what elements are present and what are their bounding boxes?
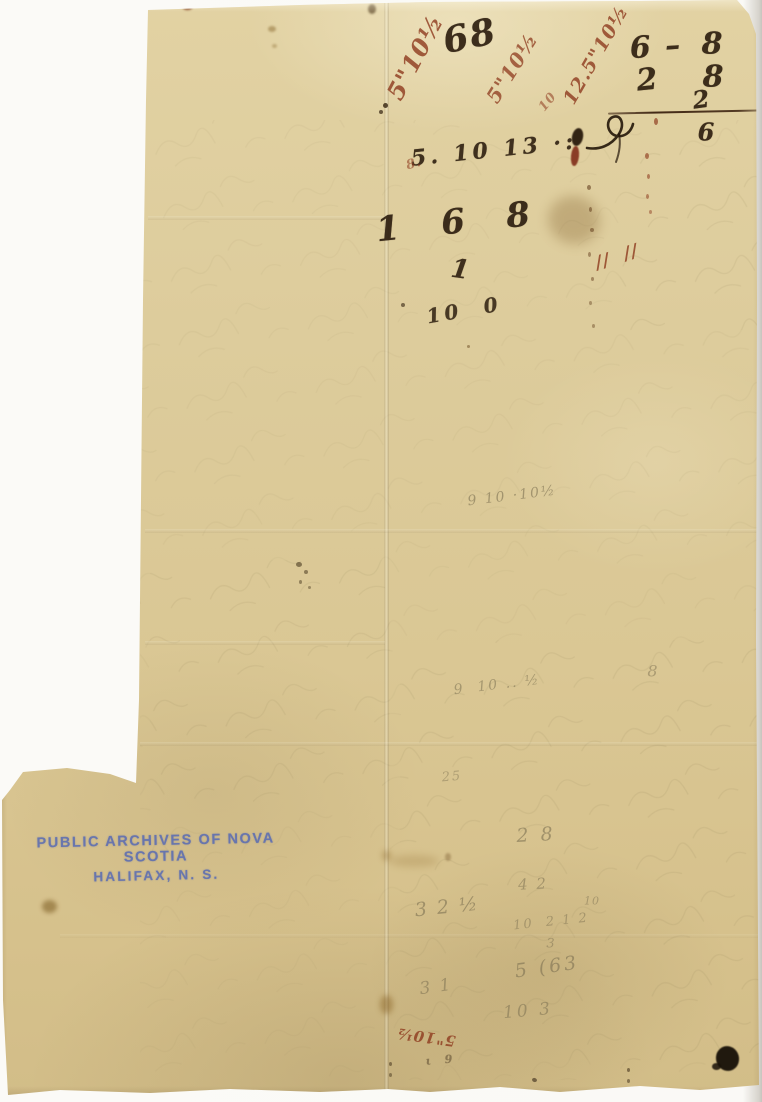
vertical-fold-crease (384, 0, 389, 1090)
ink-stain (401, 303, 405, 307)
handwritten-annotation: 5 (63 (513, 952, 580, 983)
handwritten-annotation: 5"10½ (395, 1024, 457, 1050)
ink-stain (268, 26, 276, 32)
handwritten-annotation: 10 (536, 89, 560, 114)
handwritten-annotation: 8 (647, 662, 658, 681)
ink-stain (649, 210, 652, 214)
ink-stain (589, 301, 592, 305)
ink-stain (368, 4, 376, 14)
ink-stain (588, 252, 591, 257)
ink-stain (445, 853, 451, 861)
ink-stain (182, 2, 193, 10)
handwritten-annotation: 68 (439, 10, 501, 62)
handwritten-annotation: 12.5"10½ (559, 2, 633, 109)
horizontal-fold-crease (145, 641, 385, 645)
handwritten-annotation: 10 2 1 2 (512, 911, 589, 934)
ink-stain (627, 1068, 630, 1072)
horizontal-fold-crease (140, 742, 760, 746)
ink-stain (712, 1063, 721, 1070)
archive-stamp-line2: HALIFAX, N. S. (22, 865, 290, 886)
ink-stain (570, 146, 580, 167)
horizontal-fold-crease (148, 216, 385, 220)
document-scan: 5"10½685"10½1012.5"10½6 –828265. 10 13 ·… (0, 0, 762, 1102)
ink-stain (389, 855, 439, 867)
handwritten-annotation: 9 10 .. ½ (453, 672, 541, 698)
ink-stain (308, 586, 311, 589)
handwritten-annotation: 2 8 (516, 823, 556, 847)
ink-stain (379, 110, 383, 114)
ink-stain (590, 228, 594, 232)
ink-stain (591, 277, 594, 281)
ink-stain (389, 1073, 392, 1077)
horizontal-fold-crease (145, 529, 760, 533)
handwritten-annotation: 9 10 ·10½ (467, 483, 558, 510)
ink-stain (587, 185, 591, 190)
archive-stamp: PUBLIC ARCHIVES OF NOVA SCOTIA HALIFAX, … (22, 830, 291, 886)
ink-doodle (585, 110, 665, 180)
handwritten-annotation: 10 0 (425, 292, 504, 329)
ink-stain (272, 44, 277, 48)
handwritten-annotation: 1 6 8 (374, 194, 538, 251)
archive-stamp-line1: PUBLIC ARCHIVES OF NOVA SCOTIA (22, 830, 291, 868)
handwritten-annotation: 4 2 (518, 874, 549, 894)
ink-stain (389, 1062, 392, 1066)
handwritten-annotation: 8 (702, 27, 725, 62)
handwritten-annotation: 10 3 (502, 999, 553, 1023)
horizontal-fold-crease (60, 934, 760, 938)
ink-stain (304, 570, 308, 574)
handwritten-annotation: 5. 10 13 ·: (410, 128, 579, 171)
manuscript-page: 5"10½685"10½1012.5"10½6 –828265. 10 13 ·… (0, 0, 762, 1102)
handwritten-annotation: ι 9 (425, 1052, 455, 1067)
handwritten-annotation: 25 (441, 769, 463, 786)
ink-stain (193, 1, 198, 5)
handwritten-annotation: // // (592, 240, 641, 274)
ink-stain (543, 190, 606, 250)
ink-stain (646, 194, 649, 199)
ink-stain (380, 995, 393, 1014)
ink-stain (627, 1079, 630, 1083)
ink-stain (383, 103, 388, 108)
ink-stain (531, 1077, 537, 1082)
handwritten-annotation: 3 2 ½ (414, 893, 481, 922)
ink-stain (299, 580, 302, 584)
handwritten-annotation: 1 (449, 254, 473, 287)
handwritten-annotation: 2 (635, 61, 661, 98)
handwritten-annotation: 6 (698, 118, 717, 147)
ink-stain (296, 562, 302, 567)
handwritten-annotation: 10 (584, 895, 600, 908)
ink-stain (42, 900, 57, 913)
ink-stain (589, 207, 592, 212)
handwritten-annotation: 3 (546, 937, 555, 952)
ink-stain (467, 345, 470, 348)
ink-stain (592, 324, 595, 328)
handwritten-annotation: 3 1 (418, 975, 454, 999)
